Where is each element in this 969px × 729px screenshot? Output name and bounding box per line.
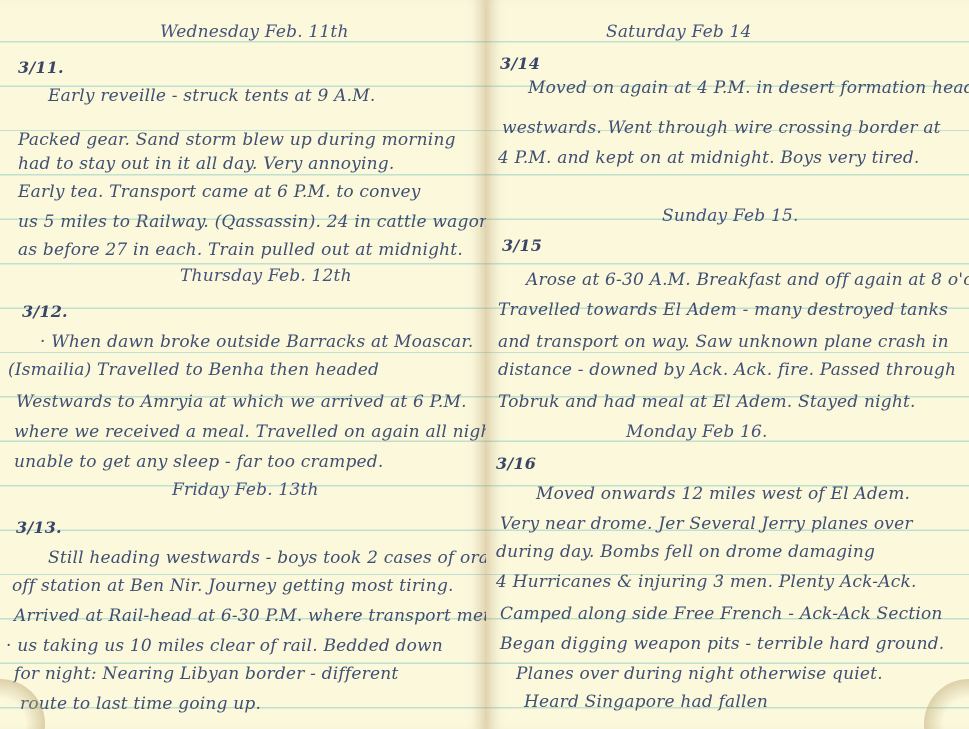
entry-line: (Ismailia) Travelled to Benha then heade… — [8, 360, 379, 380]
entry-line: distance - downed by Ack. Ack. fire. Pas… — [498, 360, 956, 380]
entry-line: as before 27 in each. Train pulled out a… — [18, 240, 463, 260]
entry-line: Westwards to Amryia at which we arrived … — [16, 392, 467, 412]
entry-heading: Friday Feb. 13th — [172, 480, 319, 500]
entry-number: 3/12. — [22, 302, 68, 321]
entry-number: 3/13. — [16, 518, 62, 537]
entry-line: · When dawn broke outside Barracks at Mo… — [40, 332, 473, 352]
entry-line: Arrived at Rail-head at 6-30 P.M. where … — [14, 606, 486, 626]
entry-line: Packed gear. Sand storm blew up during m… — [18, 130, 456, 150]
entry-line: during day. Bombs fell on drome damaging — [496, 542, 875, 562]
entry-line: Moved onwards 12 miles west of El Adem. — [536, 484, 910, 504]
entry-line: and transport on way. Saw unknown plane … — [498, 332, 949, 352]
entry-line: unable to get any sleep - far too crampe… — [14, 452, 383, 472]
entry-line: Early reveille - struck tents at 9 A.M. — [48, 86, 375, 106]
entry-line: route to last time going up. — [20, 694, 261, 714]
entry-line: Heard Singapore had fallen — [524, 692, 768, 712]
entry-number: 3/16 — [496, 454, 536, 473]
entry-line: for night: Nearing Libyan border - diffe… — [14, 664, 398, 684]
diary-spread: Wednesday Feb. 11th 3/11. Early reveille… — [0, 0, 969, 729]
entry-line: us 5 miles to Railway. (Qassassin). 24 i… — [18, 212, 486, 232]
entry-line: Very near drome. Jer Several Jerry plane… — [500, 514, 913, 534]
entry-line: · us taking us 10 miles clear of rail. B… — [6, 636, 443, 656]
entry-line: off station at Ben Nir. Journey getting … — [12, 576, 454, 596]
entry-line: Planes over during night otherwise quiet… — [516, 664, 883, 684]
entry-heading: Sunday Feb 15. — [662, 206, 799, 226]
left-page: Wednesday Feb. 11th 3/11. Early reveille… — [0, 0, 486, 729]
entry-line: Early tea. Transport came at 6 P.M. to c… — [18, 182, 421, 202]
right-page: Saturday Feb 14 3/14 Moved on again at 4… — [486, 0, 969, 729]
entry-line: Began digging weapon pits - terrible har… — [500, 634, 944, 654]
entry-line: Camped along side Free French - Ack-Ack … — [500, 604, 943, 624]
entry-heading: Thursday Feb. 12th — [180, 266, 352, 286]
entry-number: 3/11. — [18, 58, 64, 77]
entry-line: where we received a meal. Travelled on a… — [14, 422, 486, 442]
entry-line: Tobruk and had meal at El Adem. Stayed n… — [498, 392, 916, 412]
entry-line: westwards. Went through wire crossing bo… — [502, 118, 941, 138]
entry-line: Arose at 6-30 A.M. Breakfast and off aga… — [526, 270, 969, 290]
entry-line: 4 Hurricanes & injuring 3 men. Plenty Ac… — [496, 572, 917, 592]
entry-line: had to stay out in it all day. Very anno… — [18, 154, 394, 174]
entry-line: Moved on again at 4 P.M. in desert forma… — [528, 78, 969, 98]
entry-number: 3/15 — [502, 236, 542, 255]
entry-heading: Saturday Feb 14 — [606, 22, 752, 42]
entry-line: 4 P.M. and kept on at midnight. Boys ver… — [498, 148, 920, 168]
entry-heading: Wednesday Feb. 11th — [160, 22, 349, 42]
entry-line: Still heading westwards - boys took 2 ca… — [48, 548, 486, 568]
entry-number: 3/14 — [500, 54, 540, 73]
entry-line: Travelled towards El Adem - many destroy… — [498, 300, 948, 320]
entry-heading: Monday Feb 16. — [626, 422, 768, 442]
